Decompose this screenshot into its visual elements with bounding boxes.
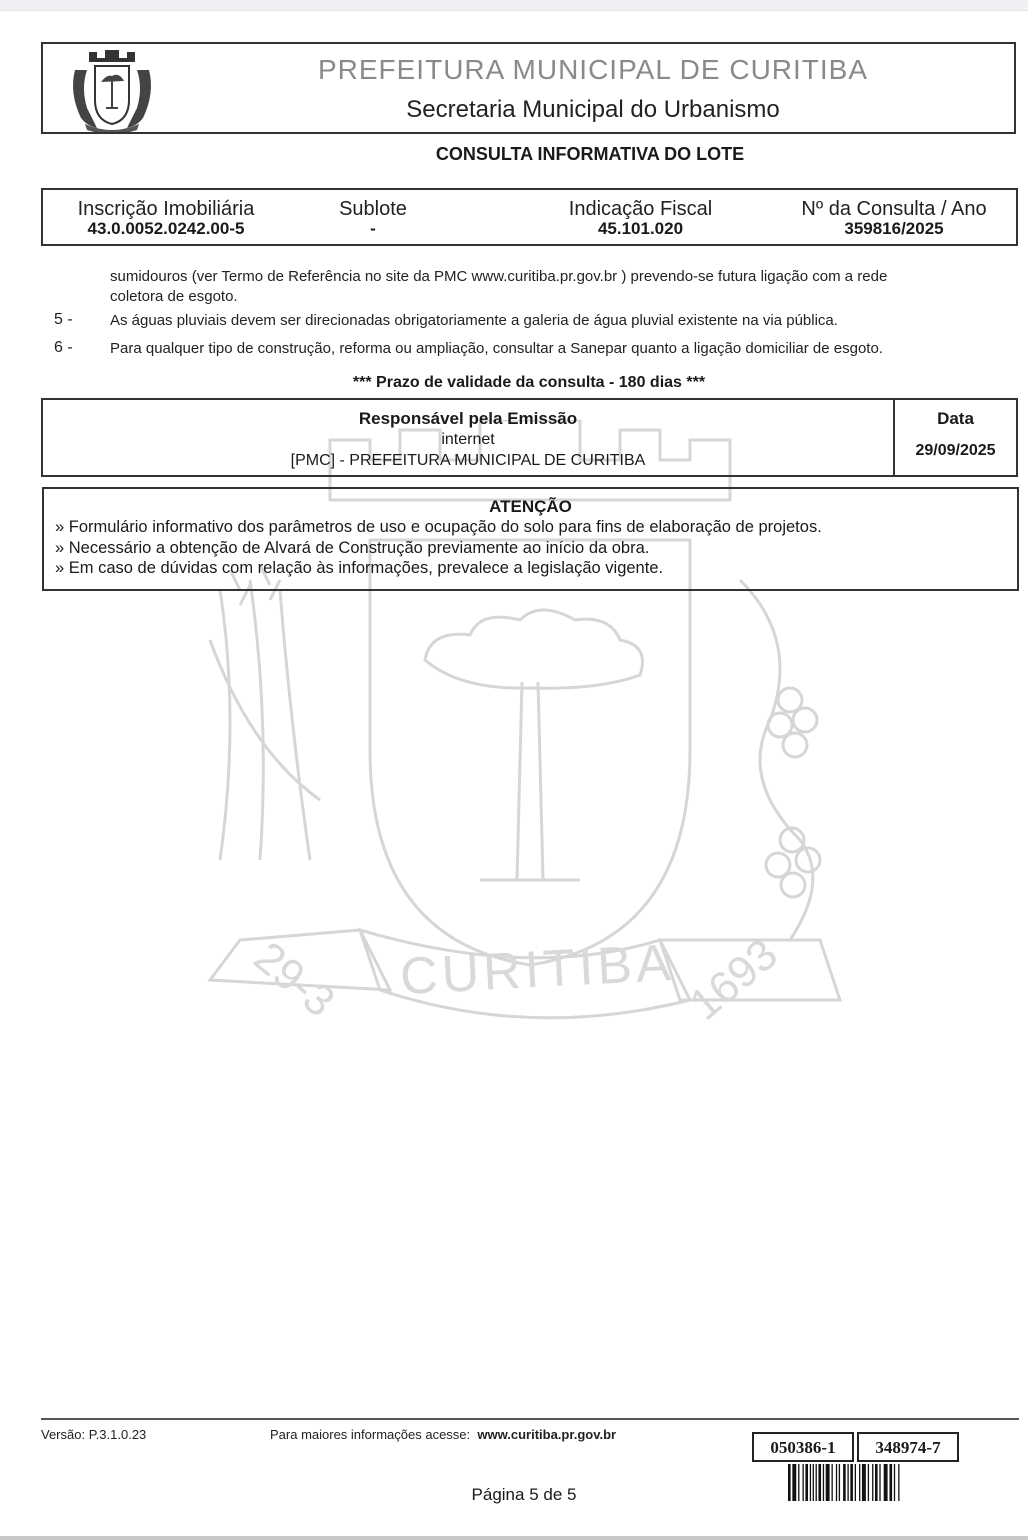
footer-info: Para maiores informações acesse: www.cur… [270, 1427, 616, 1442]
indicacao-field: Indicação Fiscal 45.101.020 [548, 198, 733, 238]
org-title: PREFEITURA MUNICIPAL DE CURITIBA [283, 54, 903, 86]
footer-info-prefix: Para maiores informações acesse: [270, 1427, 470, 1442]
date-heading: Data [895, 409, 1016, 429]
sublote-label: Sublote [323, 198, 423, 220]
note-6-number: 6 - [54, 339, 73, 357]
consulta-field: Nº da Consulta / Ano 359816/2025 [783, 198, 1005, 238]
attention-item: » Necessário a obtenção de Alvará de Con… [44, 538, 1017, 559]
document-title: CONSULTA INFORMATIVA DO LOTE [0, 144, 1028, 165]
attention-item: » Em caso de dúvidas com relação às info… [44, 558, 1017, 579]
note-continuation-line1: sumidouros (ver Termo de Referência no s… [110, 267, 1010, 287]
attention-item: » Formulário informativo dos parâmetros … [44, 517, 1017, 538]
note-5-text: As águas pluviais devem ser direcionadas… [110, 311, 1010, 331]
attention-box: ATENÇÃO » Formulário informativo dos par… [42, 487, 1019, 591]
responsible-heading: Responsável pela Emissão [43, 409, 893, 429]
watermark-text: CURITIBA [399, 933, 676, 1007]
footer-divider [41, 1418, 1019, 1420]
date-cell: Data 29/09/2025 [895, 400, 1016, 460]
indicacao-value: 45.101.020 [548, 220, 733, 238]
footer-info-url[interactable]: www.curitiba.pr.gov.br [477, 1427, 616, 1442]
responsible-line1: internet [43, 429, 893, 450]
code-2: 348974-7 [857, 1432, 959, 1462]
responsible-cell: Responsável pela Emissão internet [PMC] … [43, 400, 895, 475]
attention-heading: ATENÇÃO [44, 497, 1017, 517]
letterhead: PREFEITURA MUNICIPAL DE CURITIBA Secreta… [41, 42, 1016, 134]
org-subtitle: Secretaria Municipal do Urbanismo [283, 96, 903, 124]
viewer-top-bar [0, 0, 1028, 11]
watermark-left-date: 29-3 [244, 933, 344, 1028]
note-continuation: sumidouros (ver Termo de Referência no s… [110, 267, 1010, 307]
responsible-box: Responsável pela Emissão internet [PMC] … [41, 398, 1018, 477]
sublote-field: Sublote - [323, 198, 423, 238]
code-1: 050386-1 [752, 1432, 854, 1462]
coat-of-arms-icon [67, 48, 157, 132]
lot-identification: Inscrição Imobiliária 43.0.0052.0242.00-… [41, 188, 1018, 246]
sublote-value: - [323, 220, 423, 238]
inscricao-label: Inscrição Imobiliária [61, 198, 271, 220]
viewer-bottom-bar [0, 1536, 1028, 1540]
note-6-text: Para qualquer tipo de construção, reform… [110, 339, 1010, 359]
validity-notice: *** Prazo de validade da consulta - 180 … [0, 374, 1028, 392]
date-value: 29/09/2025 [895, 442, 1016, 460]
version-label: Versão: P.3.1.0.23 [41, 1427, 146, 1442]
responsible-line2: [PMC] - PREFEITURA MUNICIPAL DE CURITIBA [43, 450, 893, 471]
watermark-right-year: 1693 [680, 929, 787, 1030]
note-continuation-line2: coletora de esgoto. [110, 287, 1010, 307]
note-5-number: 5 - [54, 311, 73, 329]
consulta-label: Nº da Consulta / Ano [783, 198, 1005, 220]
document-codes: 050386-1 348974-7 [752, 1432, 962, 1462]
page-number: Página 5 de 5 [0, 1485, 1028, 1505]
consulta-value: 359816/2025 [783, 220, 1005, 238]
inscricao-value: 43.0.0052.0242.00-5 [61, 220, 271, 238]
inscricao-field: Inscrição Imobiliária 43.0.0052.0242.00-… [61, 198, 271, 238]
indicacao-label: Indicação Fiscal [548, 198, 733, 220]
